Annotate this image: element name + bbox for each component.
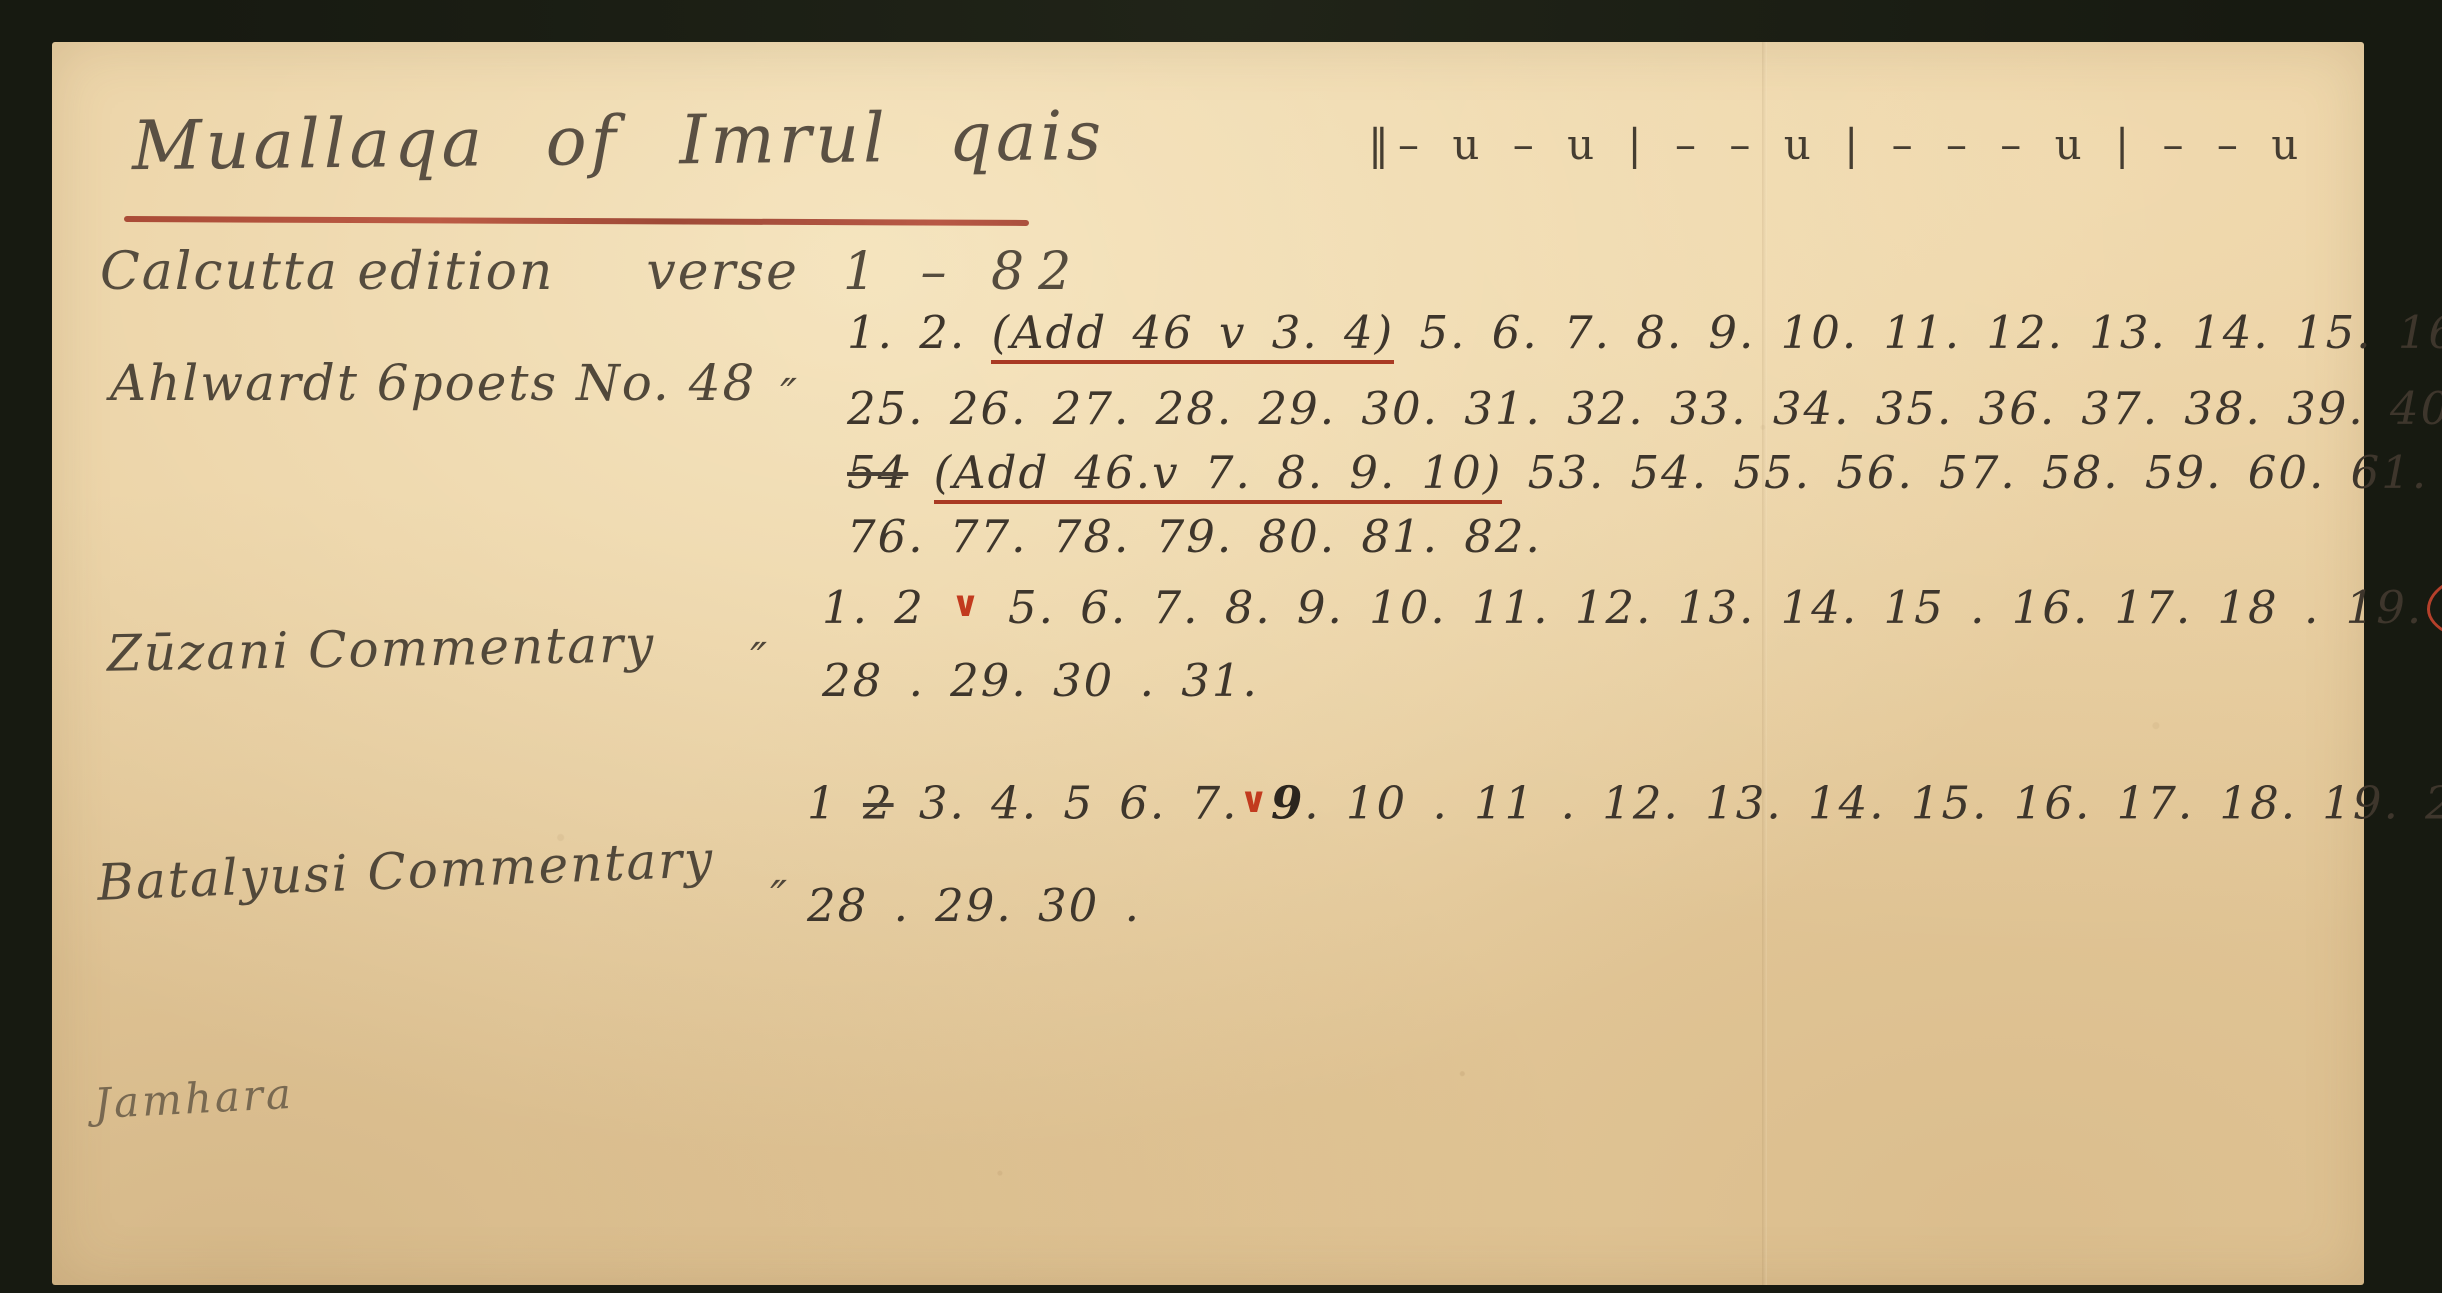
segment-text: 28 . 29. 30 . 31. bbox=[822, 654, 1259, 707]
segment-strike: 54 bbox=[847, 446, 908, 499]
segment-redmark: ∨ bbox=[1239, 780, 1269, 821]
segment-bold: 9 bbox=[1271, 777, 1304, 830]
ditto-mark: ″ bbox=[741, 634, 770, 685]
segment-text: 3. 4. 5 6. 7. bbox=[894, 777, 1239, 830]
card-title: Muallaqa of Imrul qais bbox=[132, 97, 1106, 186]
ditto-mark: ″ bbox=[761, 872, 790, 923]
segment-text: 28 . 29. 30 . bbox=[807, 879, 1141, 932]
segment-text: 1 bbox=[807, 777, 863, 830]
source-ahlwardt-label: Ahlwardt 6poets No. 48 bbox=[110, 354, 756, 412]
segment-text: 1. 2 bbox=[822, 581, 950, 634]
ditto-mark: ″ bbox=[771, 370, 800, 421]
verse-number-line: 1. 2. (Add 46 v 3. 4) 5. 6. 7. 8. 9. 10.… bbox=[847, 298, 2442, 368]
footer-note: Jamhara bbox=[93, 1069, 295, 1128]
segment-text: 76. 77. 78. 79. 80. 81. 82. bbox=[847, 510, 1542, 563]
verse-number-line: 25. 26. 27. 28. 29. 30. 31. 32. 33. 34. … bbox=[847, 368, 2442, 441]
verse-number-line: 1. 2 ∨ 5. 6. 7. 8. 9. 10. 11. 12. 13. 14… bbox=[822, 570, 2442, 646]
title-red-underline bbox=[124, 216, 1029, 226]
verse-number-line: 1 2 3. 4. 5 6. 7.∨9. 10 . 11 . 12. 13. 1… bbox=[807, 768, 2442, 837]
verse-number-line: 76. 77. 78. 79. 80. 81. 82. bbox=[847, 505, 2442, 569]
source-zuzani-label: Zūzani Commentary bbox=[107, 615, 656, 683]
segment-swap: 21 20 bbox=[2427, 570, 2442, 646]
segment-add: (Add 46 v 3. 4) bbox=[991, 306, 1394, 364]
batalyusi-verse-numbers: 1 2 3. 4. 5 6. 7.∨9. 10 . 11 . 12. 13. 1… bbox=[807, 768, 2442, 939]
segment-text bbox=[908, 446, 933, 499]
segment-text: . 10 . 11 . 12. 13. 14. 15. 16. 17. 18. … bbox=[1304, 777, 2442, 830]
segment-text: 1. 2. bbox=[847, 306, 991, 359]
edition-line: Calcutta editionverse1 – 82 bbox=[100, 242, 1085, 302]
segment-text: 53. 54. 55. 56. 57. 58. 59. 60. 61. 62. … bbox=[1502, 446, 2442, 499]
verse-number-line: 54 (Add 46.v 7. 8. 9. 10) 53. 54. 55. 56… bbox=[847, 441, 2442, 505]
ahlwardt-verse-numbers: 1. 2. (Add 46 v 3. 4) 5. 6. 7. 8. 9. 10.… bbox=[847, 298, 2442, 569]
source-batalyusi-label: Batalyusi Commentary bbox=[96, 830, 715, 912]
meter-notation: ‖– u – u | – – u | – – – u | – – u bbox=[1368, 120, 2307, 169]
edition-name: Calcutta edition bbox=[100, 242, 554, 302]
zuzani-verse-numbers: 1. 2 ∨ 5. 6. 7. 8. 9. 10. 11. 12. 13. 14… bbox=[822, 570, 2442, 716]
verse-number-line: 28 . 29. 30 . bbox=[807, 873, 2442, 939]
segment-redmark: ∨ bbox=[951, 584, 981, 625]
segment-strike: 2 bbox=[863, 777, 894, 830]
segment-text: 5. 6. 7. 8. 9. 10. 11. 12. 13. 14. 15. 1… bbox=[1394, 306, 2442, 359]
segment-add: (Add 46.v 7. 8. 9. 10) bbox=[934, 446, 1503, 504]
edition-verse-range: 1 – 82 bbox=[843, 242, 1085, 302]
scanned-card-photo: Muallaqa of Imrul qais ‖– u – u | – – u … bbox=[0, 0, 2442, 1293]
index-card: Muallaqa of Imrul qais ‖– u – u | – – u … bbox=[52, 42, 2364, 1285]
segment-text: 25. 26. 27. 28. 29. 30. 31. 32. 33. 34. … bbox=[847, 382, 2442, 435]
verse-number-line: 28 . 29. 30 . 31. bbox=[822, 646, 2442, 716]
segment-text: 5. 6. 7. 8. 9. 10. 11. 12. 13. 14. 15 . … bbox=[983, 581, 2424, 634]
edition-verse-word: verse bbox=[646, 242, 798, 302]
